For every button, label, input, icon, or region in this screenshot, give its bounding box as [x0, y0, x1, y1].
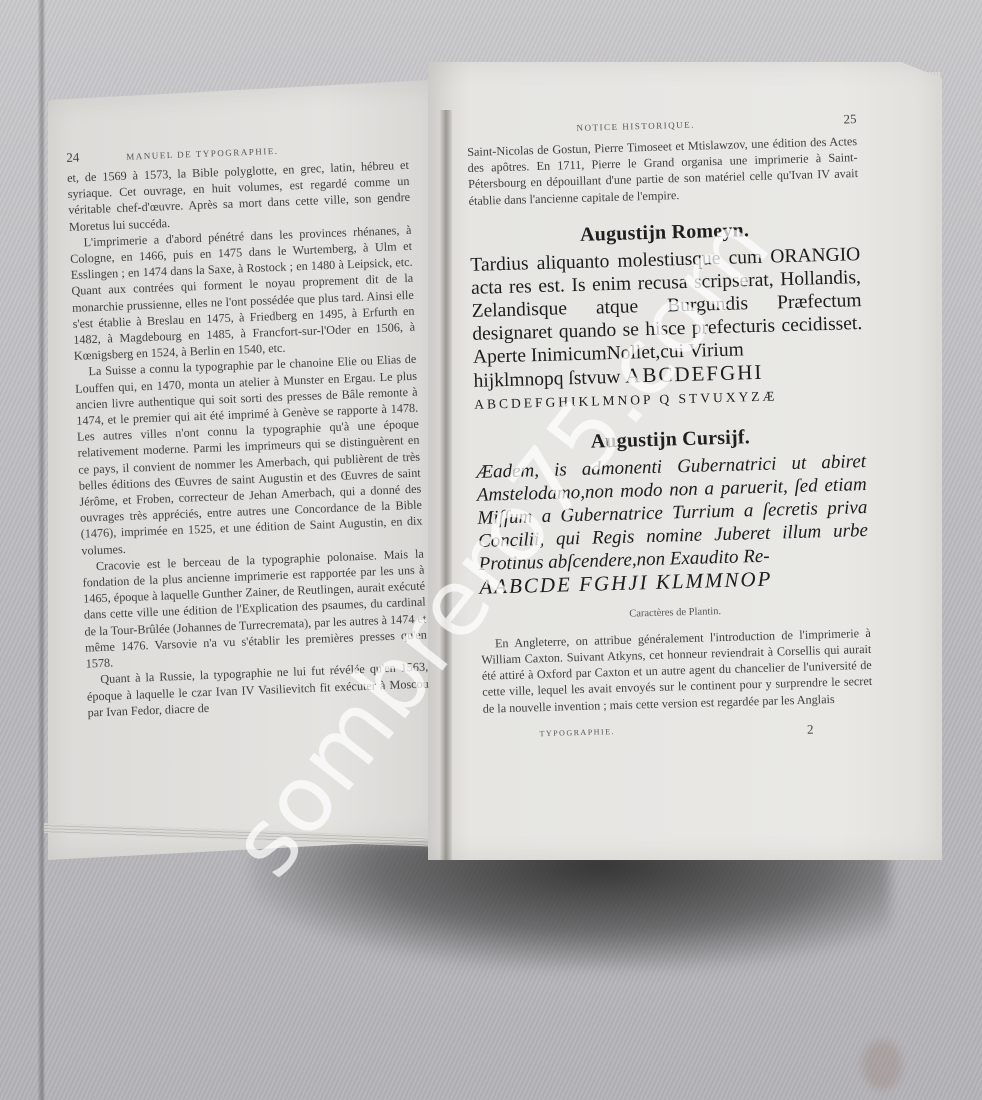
- right-closing: En Angleterre, on attribue généralement …: [481, 625, 873, 717]
- specimen-italic-block: Æadem, is admonenti Gubernatrici ut abir…: [476, 450, 870, 599]
- left-running-head: MANUEL DE TYPOGRAPHIE.: [126, 146, 279, 162]
- right-running-head: NOTICE HISTORIQUE.: [576, 120, 695, 133]
- paragraph: Cracovie est le berceau de la typographi…: [82, 545, 428, 671]
- paragraph: L'imprimerie a d'abord pénétré dans les …: [69, 222, 416, 365]
- specimen-roman-lowercase: hijklmnopq ſstvuw: [473, 367, 620, 392]
- left-page-body: et, de 1569 à 1573, la Bible polyglotte,…: [67, 157, 430, 721]
- left-page-content: 24 MANUEL DE TYPOGRAPHIE. et, de 1569 à …: [66, 137, 430, 721]
- specimen-roman-block: Tardius aliquanto molestiusque cum ORANG…: [470, 243, 864, 416]
- book-gutter: [440, 110, 452, 860]
- signature-number: 2: [807, 721, 814, 737]
- signature-label: TYPOGRAPHIE.: [539, 727, 615, 745]
- right-intro: Saint-Nicolas de Gostun, Pierre Timoseet…: [467, 133, 859, 209]
- paragraph: La Suisse a connu la typographie par le …: [74, 351, 423, 558]
- cloth-stain: [862, 1040, 902, 1090]
- specimen-roman-text: Tardius aliquanto molestiusque cum ORANG…: [470, 244, 862, 368]
- cloth-fold: [38, 0, 46, 1100]
- specimen-roman-caps: ABCDEFGHI: [625, 360, 764, 388]
- paragraph: En Angleterre, on attribue généralement …: [481, 625, 873, 717]
- paragraph: Saint-Nicolas de Gostun, Pierre Timoseet…: [467, 133, 859, 209]
- figure-caption: Caractères de Plantin.: [480, 602, 870, 624]
- specimen-italic-text: Æadem, is admonenti Gubernatrici ut abir…: [476, 451, 868, 575]
- right-page-content: NOTICE HISTORIQUE. 25 Saint-Nicolas de G…: [466, 97, 874, 746]
- left-page-number: 24: [66, 148, 127, 166]
- right-page-number: 25: [843, 111, 856, 127]
